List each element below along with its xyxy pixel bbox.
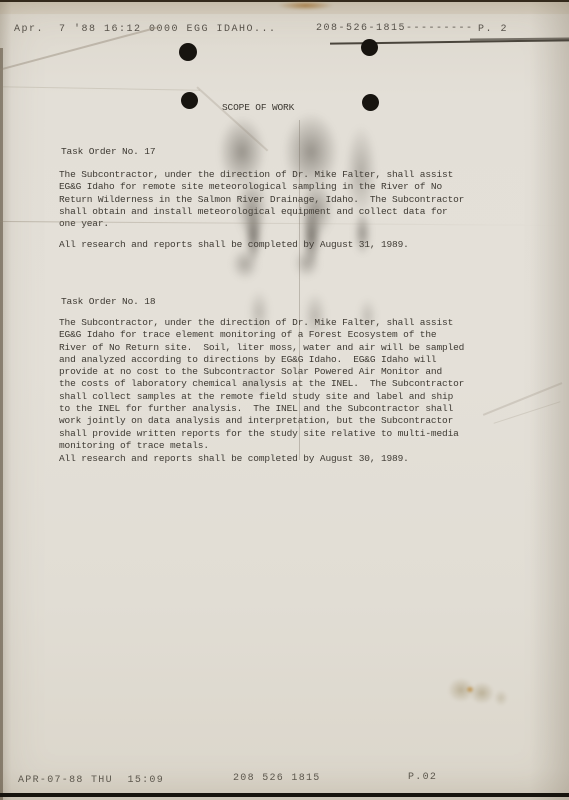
pencil-mark — [483, 382, 562, 415]
rust-stain — [278, 1, 333, 10]
punch-hole — [179, 43, 197, 61]
paper-stain — [466, 686, 474, 693]
smudge-artifact — [231, 248, 259, 280]
crease-line — [0, 86, 200, 90]
fax-footer-page: P.02 — [408, 772, 437, 783]
smudge-vertical-line — [299, 120, 300, 460]
fax-header-number: 208-526-1815--------- — [316, 23, 474, 34]
section-completion-18: All research and reports shall be comple… — [59, 453, 409, 465]
punch-hole — [181, 92, 198, 109]
scan-left-edge — [0, 48, 3, 800]
scan-bottom-edge — [0, 793, 569, 797]
paper-stain — [494, 690, 508, 706]
smudge-artifact — [294, 248, 320, 278]
smudge-artifact — [358, 298, 377, 334]
smudge-artifact — [238, 368, 270, 398]
fax-footer-phone: 208 526 1815 — [233, 773, 321, 784]
smudge-artifact — [303, 292, 327, 340]
punch-hole — [361, 39, 378, 56]
punch-hole — [362, 94, 379, 111]
section-heading-18: Task Order No. 18 — [61, 296, 155, 308]
smudge-artifact — [345, 125, 377, 217]
fax-footer-datetime: APR-07-88 THU 15:09 — [18, 775, 164, 786]
fax-header-page: P. 2 — [478, 24, 508, 35]
smudge-artifact — [354, 212, 371, 254]
paper-stain — [470, 682, 494, 704]
smudge-artifact — [248, 290, 270, 334]
document-title: SCOPE OF WORK — [222, 102, 294, 114]
fax-scan-page: Apr. 7 '88 16:12 0000 EGG IDAHO... 208-5… — [0, 0, 569, 800]
section-heading-17: Task Order No. 17 — [61, 146, 155, 158]
